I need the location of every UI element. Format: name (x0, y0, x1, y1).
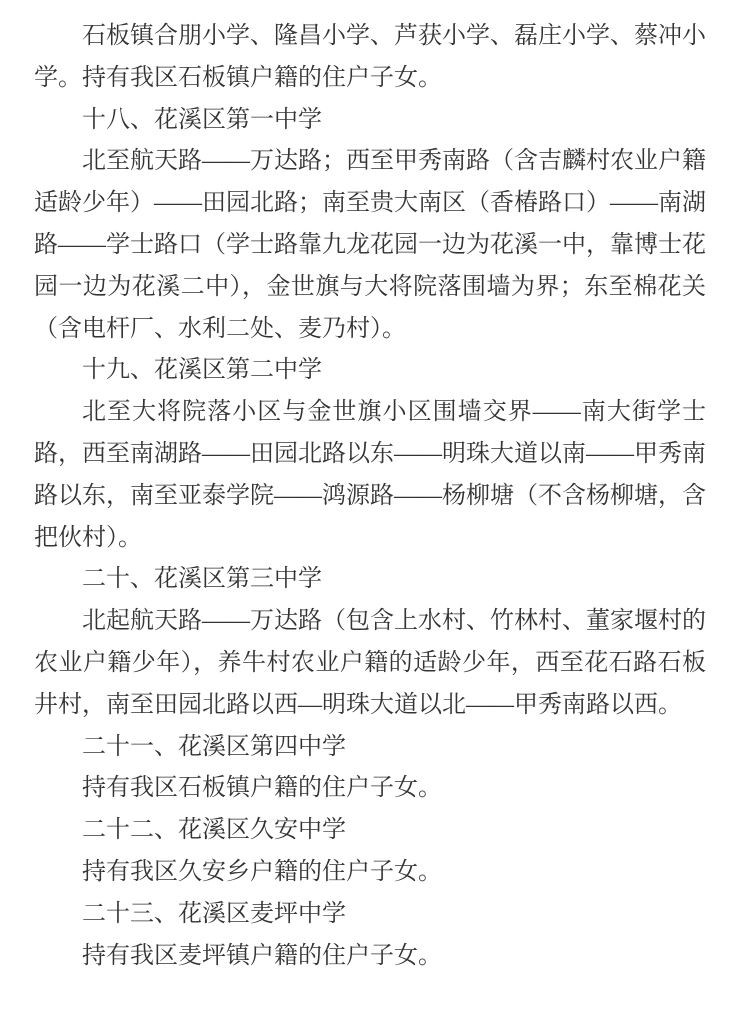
paragraph-second-middle-school-boundary: 北至大将院落小区与金世旗小区围墙交界——南大街学士路，西至南湖路——田园北路以东… (34, 392, 706, 559)
paragraph-jiuan-middle-school-scope: 持有我区久安乡户籍的住户子女。 (34, 852, 706, 894)
paragraph-fourth-middle-school-scope: 持有我区石板镇户籍的住户子女。 (34, 768, 706, 810)
section-heading-18-first-middle-school: 十八、花溪区第一中学 (34, 100, 706, 142)
document-page: 石板镇合朋小学、隆昌小学、芦获小学、磊庄小学、蔡冲小学。持有我区石板镇户籍的住户… (0, 0, 740, 1016)
paragraph-shiban-primary-schools: 石板镇合朋小学、隆昌小学、芦获小学、磊庄小学、蔡冲小学。持有我区石板镇户籍的住户… (34, 16, 706, 100)
section-heading-23-maiping-middle-school: 二十三、花溪区麦坪中学 (34, 894, 706, 936)
paragraph-maiping-middle-school-scope: 持有我区麦坪镇户籍的住户子女。 (34, 936, 706, 978)
paragraph-first-middle-school-boundary: 北至航天路——万达路；西至甲秀南路（含吉麟村农业户籍适龄少年）——田园北路；南至… (34, 141, 706, 350)
section-heading-22-jiuan-middle-school: 二十二、花溪区久安中学 (34, 810, 706, 852)
paragraph-third-middle-school-boundary: 北起航天路——万达路（包含上水村、竹林村、董家堰村的农业户籍少年），养牛村农业户… (34, 601, 706, 726)
section-heading-21-fourth-middle-school: 二十一、花溪区第四中学 (34, 727, 706, 769)
section-heading-20-third-middle-school: 二十、花溪区第三中学 (34, 559, 706, 601)
section-heading-19-second-middle-school: 十九、花溪区第二中学 (34, 350, 706, 392)
